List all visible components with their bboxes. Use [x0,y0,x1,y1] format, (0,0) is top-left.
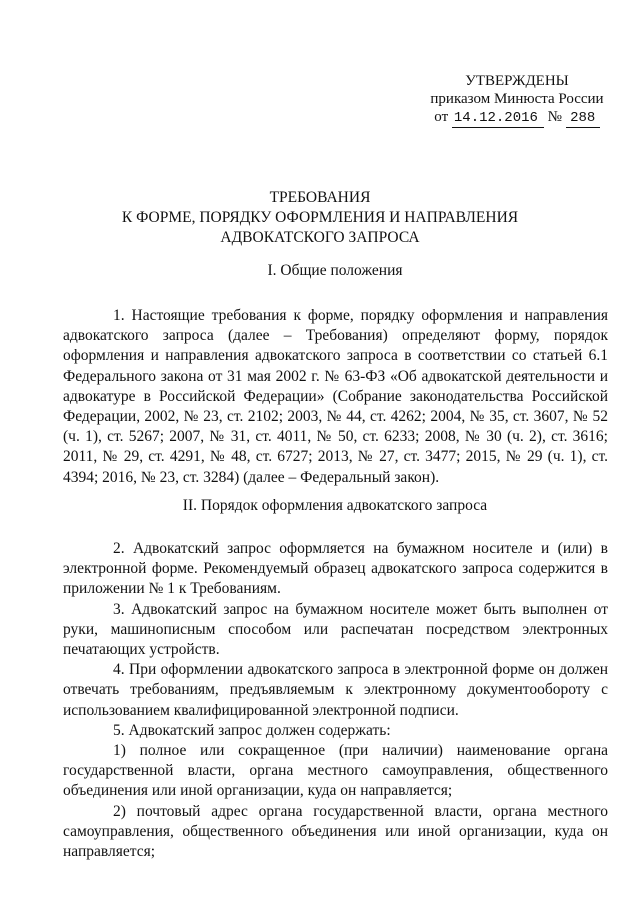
document-title: ТРЕБОВАНИЯ К ФОРМЕ, ПОРЯДКУ ОФОРМЛЕНИЯ И… [60,188,580,248]
title-line-2: К ФОРМЕ, ПОРЯДКУ ОФОРМЛЕНИЯ И НАПРАВЛЕНИ… [60,208,580,228]
approval-number: 288 [566,109,600,128]
approval-title: УТВЕРЖДЕНЫ [427,72,607,90]
approval-date-number-line: от 14.12.2016 № 288 [427,108,607,128]
title-line-3: АДВОКАТСКОГО ЗАПРОСА [60,228,580,248]
title-line-1: ТРЕБОВАНИЯ [60,188,580,208]
paragraph-4: 4. При оформлении адвокатского запроса в… [63,660,608,721]
paragraph-2: 2. Адвокатский запрос оформляется на бум… [63,539,608,600]
paragraph-5: 5. Адвокатский запрос должен содержать: [63,721,608,741]
paragraph-5-item-1: 1) полное или сокращенное (при наличии) … [63,741,608,802]
section-1-body: 1. Настоящие требования к форме, порядку… [63,306,608,488]
number-label: № [548,109,562,125]
approval-stamp: УТВЕРЖДЕНЫ приказом Минюста России от 14… [427,72,607,128]
section-heading-2: II. Порядок оформления адвокатского запр… [60,496,610,516]
paragraph-5-item-2: 2) почтовый адрес органа государственной… [63,802,608,863]
section-heading-1: I. Общие положения [60,261,610,281]
from-label: от [434,109,448,125]
paragraph-3: 3. Адвокатский запрос на бумажном носите… [63,600,608,661]
approval-order-line: приказом Минюста России [427,90,607,108]
paragraph-1: 1. Настоящие требования к форме, порядку… [63,306,608,488]
section-2-body: 2. Адвокатский запрос оформляется на бум… [63,539,608,862]
approval-date: 14.12.2016 [452,109,544,128]
